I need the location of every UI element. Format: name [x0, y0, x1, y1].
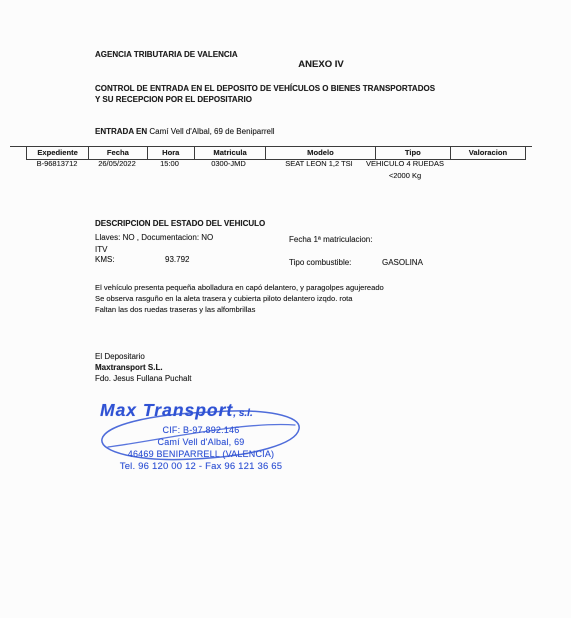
- observacion-line-2: Se observa rasguño en la aleta trasera y…: [95, 294, 353, 303]
- col-header-valoracion: Valoracion: [451, 147, 525, 159]
- estado-section-title: DESCRIPCION DEL ESTADO DEL VEHICULO: [95, 219, 265, 228]
- scanned-document-page: AGENCIA TRIBUTARIA DE VALENCIA ANEXO IV …: [0, 0, 571, 618]
- depositario-empresa: Maxtransport S.L.: [95, 363, 163, 372]
- observacion-line-1: El vehículo presenta pequeña abolladura …: [95, 283, 384, 292]
- entrada-label: ENTRADA EN: [95, 127, 147, 136]
- cell-fecha: 26/05/2022: [88, 159, 146, 169]
- control-title-line1: CONTROL DE ENTRADA EN EL DEPOSITO DE VEH…: [95, 84, 435, 93]
- col-header-fecha: Fecha: [89, 147, 147, 159]
- observacion-line-3: Faltan las dos ruedas traseras y las alf…: [95, 305, 255, 314]
- agency-title: AGENCIA TRIBUTARIA DE VALENCIA: [95, 50, 238, 59]
- annex-title: ANEXO IV: [251, 59, 391, 70]
- cell-modelo: SEAT LEON 1,2 TSI: [264, 159, 374, 169]
- depositario-firmante: Fdo. Jesus Fullana Puchalt: [95, 374, 192, 383]
- company-stamp: Max Transport, s.l. CIF: B-97.892.146 Ca…: [92, 399, 310, 479]
- cell-valoracion: [450, 159, 524, 169]
- kms-label: KMS:: [95, 255, 115, 264]
- control-title-line2: Y SU RECEPCION POR EL DEPOSITARIO: [95, 95, 252, 104]
- table-header-row: Expediente Fecha Hora Matricula Modelo T…: [26, 146, 526, 160]
- entrada-value: Camí Vell d'Albal, 69 de Beniparrell: [149, 127, 274, 136]
- cell-tipo-peso: <2000 Kg: [360, 171, 450, 181]
- cell-expediente: B-96813712: [26, 159, 88, 169]
- col-header-matricula: Matricula: [195, 147, 266, 159]
- cell-matricula: 0300-JMD: [193, 159, 264, 169]
- cell-hora: 15:00: [146, 159, 193, 169]
- depositario-label: El Depositario: [95, 352, 145, 361]
- col-header-tipo: Tipo: [376, 147, 451, 159]
- kms-value: 93.792: [165, 255, 189, 264]
- entrada-line: ENTRADA EN Camí Vell d'Albal, 69 de Beni…: [95, 127, 275, 136]
- cell-tipo: VEHICULO 4 RUEDAS: [360, 159, 450, 169]
- col-header-modelo: Modelo: [266, 147, 376, 159]
- stamp-signature-scrawl: [92, 399, 310, 479]
- llaves-documentacion-line: Llaves: NO , Documentacion: NO: [95, 233, 213, 242]
- col-header-hora: Hora: [148, 147, 195, 159]
- combustible-label: Tipo combustible:: [289, 258, 351, 267]
- itv-label: ITV: [95, 245, 107, 254]
- table-top-rule-left: [10, 146, 27, 147]
- combustible-value: GASOLINA: [382, 258, 423, 267]
- fecha-matriculacion-label: Fecha 1ª matriculacion:: [289, 235, 372, 244]
- col-header-expediente: Expediente: [27, 147, 89, 159]
